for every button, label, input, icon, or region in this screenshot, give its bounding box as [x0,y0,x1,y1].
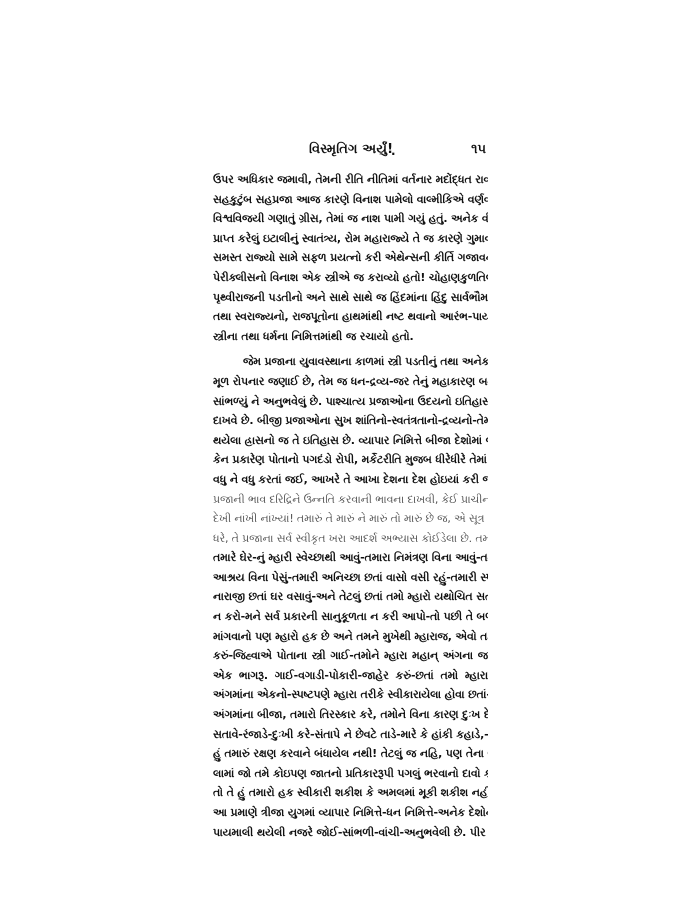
text-line: માંગવાનો પણ મ્હારો હક છે અને તમને મુખેથી… [213,627,488,647]
text-line: સ્ત્રીના તથા ધર્મના નિમિત્તમાંથી જ રચાયો… [213,327,488,347]
text-line: દેખી નાંખી નાંખ્યાં! તમારું તે મારું ને … [213,509,488,529]
text-line: પાયમાલી થયેલી નજરે જોઈ-સાંભળી-વાંચી-અનુભ… [213,823,488,843]
text-line: ન કરો-મને સર્વ પ્રકારની સાનુકૂળતા ન કરી … [213,607,488,627]
running-header: વિસ્મૃતિગ અર્યું! . ૧૫ [213,142,488,162]
text-line: થયેલા હ્રાસનો જ તે ઇતિહાસ છે. વ્યાપાર નિ… [213,431,488,451]
text-line: વધુ ને વધુ કરતાં જઈ, આખરે તે આખા દેશના દ… [213,470,488,490]
text-line: પૃથ્વીરાજની પડતીનો અને સાથે સાથે જ હિંદમ… [213,288,488,308]
body-text: ઉપર અધિકાર જમાવી, તેમની રીતિ નીતિમાં વર્… [213,170,488,842]
text-line: દાખવે છે. બીજી પ્રજાઓના સુખ શાંતિનો-સ્વત… [213,411,488,431]
scanned-book-page: વિસ્મૃતિગ અર્યું! . ૧૫ ઉપર અધિકાર જમાવી,… [0,0,695,899]
text-line: અંગમાંના એકનો-સ્પષ્ટપણે મ્હારા તરીકે સ્વ… [213,685,488,705]
page-number: ૧૫ [471,142,486,157]
header-dot-mark: . [391,144,396,158]
text-line: કેન પ્રકારેણ પોતાનો પગદંડો રોપી, મર્કેટર… [213,450,488,470]
text-line: તમારે ઘેર-નું મ્હારી સ્વેચ્છાથી આવું-તમા… [213,548,488,568]
text-line: સહકુટુંબ સહપ્રજા આજ કારણે વિનાશ પામેલો વ… [213,190,488,210]
text-line: ઉપર અધિકાર જમાવી, તેમની રીતિ નીતિમાં વર્… [213,170,488,190]
text-line: જેમ પ્રજાના યુવાવસ્થાના કાળમાં સ્ત્રી પડ… [213,352,488,372]
text-line: હું તમારું રક્ષણ કરવાને બંધાયેલ નથી! તેટ… [213,744,488,764]
text-line: પ્રાપ્ત કરેલું ઇટાલીનું સ્વાતંત્ર્ય, રોમ… [213,229,488,249]
text-line: સાંભળ્યું ને અનુભવેલું છે. પાશ્ચાત્ય પ્ર… [213,392,488,412]
text-line: નારાજી છતાં ઘર વસાવું-અને તેટલું છતાં તમ… [213,587,488,607]
paragraph-1: ઉપર અધિકાર જમાવી, તેમની રીતિ નીતિમાં વર્… [213,170,488,346]
text-line: મૂળ રોપનાર જણાઈ છે, તેમ જ ધન-દ્રવ્ય-જર ત… [213,372,488,392]
paragraph-2: જેમ પ્રજાના યુવાવસ્થાના કાળમાં સ્ત્રી પડ… [213,352,488,842]
text-line: લામાં જો તમે કોઇપણ જાતનો પ્રતિકારરૂપી પગ… [213,764,488,784]
text-line: પેરીક્લીસનો વિનાશ એક સ્ત્રીએ જ કરાવ્યો હ… [213,268,488,288]
text-line: કરું-જિહ્વાએ પોતાના સ્ત્રી ગાઈ-તમોને મ્હ… [213,646,488,666]
text-line: તથા સ્વરાજ્યનો, રાજપૂતોના હાથમાંથી નષ્ટ … [213,307,488,327]
text-line: ધરે, તે પ્રજાના સર્વ સ્વીકૃત ખરા આદર્શ અ… [213,529,488,549]
text-line: આશ્રય વિના પેસું-તમારી અનિચ્છા છતાં વાસો… [213,568,488,588]
text-line: તો તે હું તમારો હક સ્વીકારી શકીશ કે અમલમ… [213,783,488,803]
text-line: અંગમાંના બીજા, તમારો તિરસ્કાર કરે, તમોને… [213,705,488,725]
text-line: સતાવે-રંજાડે-દુઃખી કરે-સંતાપે ને છેવટે ત… [213,725,488,745]
text-line: આ પ્રમાણે ત્રીજા યુગમાં વ્યાપાર નિમિત્તે… [213,803,488,823]
text-line: પ્રજાની ભાવ દરિદ્રિને ઉન્નતિ કરવાની ભાવન… [213,490,488,510]
chapter-title: વિસ્મૃતિગ અર્યું! [309,142,393,157]
text-line: એક ભાગરૂ. ગાઈ-વગાડી-પોકારી-જાહેર કરું-છત… [213,666,488,686]
text-line: સમસ્ત રાજ્યો સામે સફળ પ્રયત્નો કરી એથેન્… [213,248,488,268]
text-line: વિશ્વવિજયી ગણાતું ગ્રીસ, તેમાં જ નાશ પામ… [213,209,488,229]
